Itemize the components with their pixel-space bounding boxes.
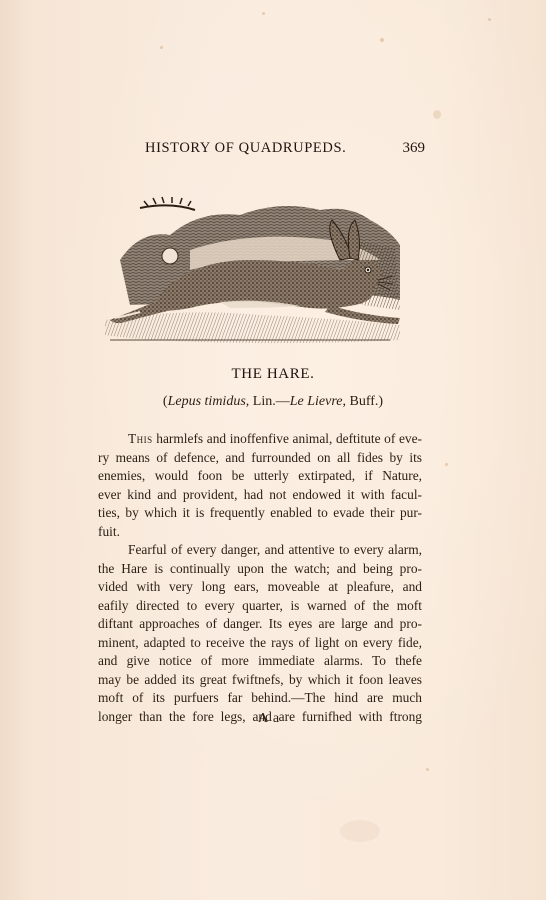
text-line: This harmlefs and inoffenfive animal, de… (98, 430, 422, 449)
book-page: HISTORY OF QUADRUPEDS. 369 (0, 0, 546, 900)
text-line: enemies, would foon be utterly extirpate… (98, 467, 422, 486)
foxing-spot (488, 18, 491, 21)
running-head: HISTORY OF QUADRUPEDS. 369 (145, 140, 425, 162)
text-line: ever kind and provident, had not endowed… (98, 486, 422, 505)
text-line: eafily directed to every quarter, is war… (98, 597, 422, 616)
article-subheading: (Lepus timidus, Lin.—Le Lievre, Buff.) (0, 394, 546, 410)
foxing-spot (340, 820, 380, 842)
text-line: ties, by which it is frequently enabled … (98, 504, 422, 523)
foxing-spot (262, 12, 265, 15)
foxing-spot (380, 38, 384, 42)
text-line: ry means of defence, and furrounded on a… (98, 449, 422, 468)
foxing-spot (426, 768, 429, 771)
text-line: and give notice of more immediate alarms… (98, 652, 422, 671)
foxing-spot (433, 110, 441, 119)
text-line: vided with very long ears, moveable at p… (98, 578, 422, 597)
authority-buffon: , Buff.) (342, 394, 383, 409)
foxing-spot (445, 463, 448, 466)
foxing-spot (160, 46, 163, 49)
text-line: moft of its purfuers far behind.—The hin… (98, 689, 422, 708)
latin-name: Lepus timidus (168, 394, 246, 409)
authority-linnaeus: , Lin.— (246, 394, 290, 409)
hare-woodcut-illustration (100, 190, 405, 350)
signature-mark: A a (258, 711, 280, 727)
text-line: diftant approaches of danger. Its eyes a… (98, 615, 422, 634)
text-line: minent, adapted to receive the rays of l… (98, 634, 422, 653)
text-line: may be added its great fwiftnefs, by whi… (98, 671, 422, 690)
text-line: Fearful of every danger, and attentive t… (98, 541, 422, 560)
text-line: fuit. (98, 523, 422, 542)
lead-word: This (128, 431, 153, 446)
body-text: This harmlefs and inoffenfive animal, de… (98, 430, 422, 726)
article-heading: THE HARE. (0, 366, 546, 383)
page-number: 369 (403, 140, 426, 157)
french-name: Le Lievre (290, 394, 343, 409)
running-head-title: HISTORY OF QUADRUPEDS. (145, 140, 346, 157)
text-line: the Hare is continually upon the watch; … (98, 560, 422, 579)
